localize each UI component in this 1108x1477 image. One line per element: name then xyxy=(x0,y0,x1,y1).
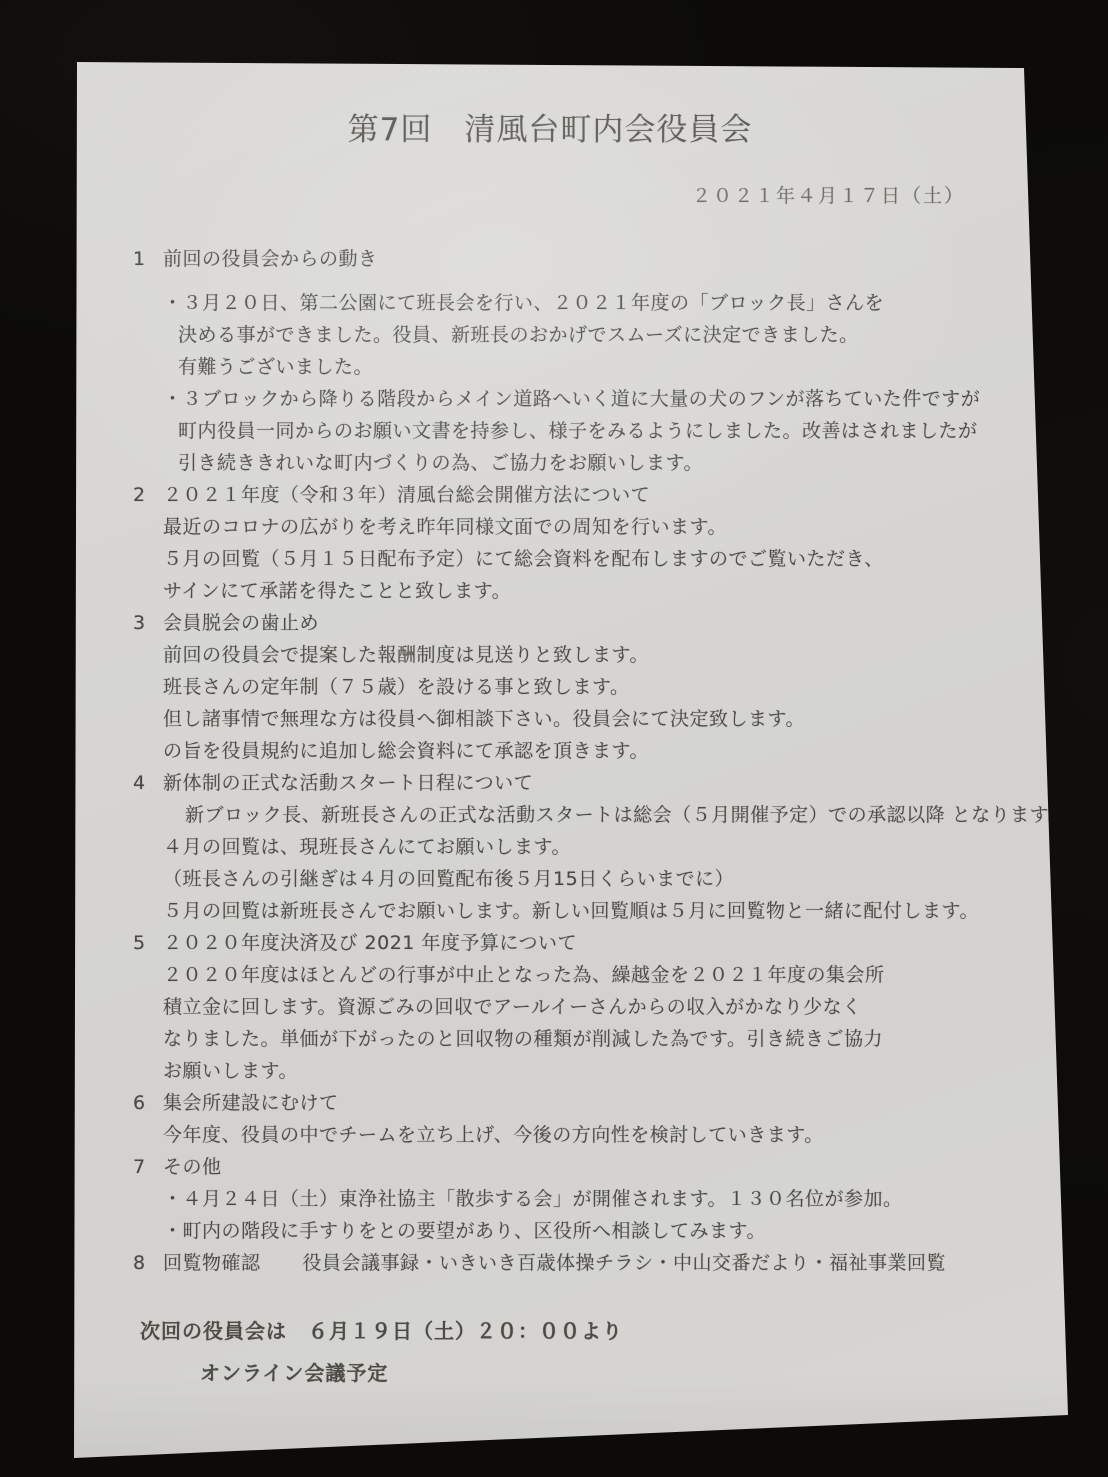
agenda-line: 班長さんの定年制（７５歳）を設ける事と致します。 xyxy=(77,671,1023,703)
agenda-line: ４月の回覧は、現班長さんにてお願いします。 xyxy=(77,831,1023,863)
agenda-line: 但し諸事情で無理な方は役員へ御相談下さい。役員会にて決定致します。 xyxy=(77,703,1023,735)
agenda-line: ・４月２４日（土）東浄社協主「散歩する会」が開催されます。１３０名位が参加。 xyxy=(77,1183,1023,1215)
section-number: 5 xyxy=(133,927,163,959)
agenda-line: 新ブロック長、新班長さんの正式な活動スタートは総会（５月開催予定）での承認以降 … xyxy=(77,799,1023,831)
next-meeting-line: 次回の役員会は ６月１９日（土）２０：００より xyxy=(77,1315,1023,1347)
section-number: 6 xyxy=(133,1087,163,1119)
photo-background: 第7回 清風台町内会役員会 ２０２１年４月１７日（土） 1前回の役員会からの動き… xyxy=(0,0,1108,1477)
section-6-heading: 6集会所建設にむけて xyxy=(77,1087,1023,1119)
agenda-line: なりました。単価が下がったのと回収物の種類が削減した為です。引き続きご協力 xyxy=(77,1023,1023,1055)
section-number: 2 xyxy=(133,479,163,511)
section-8-heading: 8回覧物確認役員会議事録・いきいき百歳体操チラシ・中山交番だより・福祉事業回覧 xyxy=(77,1247,1023,1279)
section-title: ２０２１年度（令和３年）清風台総会開催方法について xyxy=(163,484,650,506)
section-5-heading: 5２０２０年度決済及び 2021 年度予算について xyxy=(77,927,1023,959)
agenda-line: 積立金に回します。資源ごみの回収でアールイーさんからの収入がかなり少なく xyxy=(77,991,1023,1023)
meeting-format-line: オンライン会議予定 xyxy=(77,1357,1023,1389)
agenda-line: 最近のコロナの広がりを考え昨年同様文面での周知を行います。 xyxy=(77,511,1023,543)
paper: 第7回 清風台町内会役員会 ２０２１年４月１７日（土） 1前回の役員会からの動き… xyxy=(0,0,1108,1477)
agenda-line: ・町内の階段に手すりをとの要望があり、区役所へ相談してみます。 xyxy=(77,1215,1023,1247)
section-number: 4 xyxy=(133,767,163,799)
meeting-date: ２０２１年４月１７日（土） xyxy=(77,185,1023,207)
section-title: その他 xyxy=(163,1156,222,1178)
section-title: ２０２０年度決済及び 2021 年度予算について xyxy=(163,932,577,954)
section-title: 集会所建設にむけて xyxy=(163,1092,339,1114)
agenda-line: 引き続ききれいな町内づくりの為、ご協力をお願いします。 xyxy=(77,447,1023,479)
agenda-line: 決める事ができました。役員、新班長のおかげでスムーズに決定できました。 xyxy=(77,319,1023,351)
agenda-line: 町内役員一同からのお願い文書を持参し、様子をみるようにしました。改善はされました… xyxy=(77,415,1023,447)
section-title: 回覧物確認 xyxy=(163,1252,261,1274)
agenda-line: ・３ブロックから降りる階段からメイン道路へいく道に大量の犬のフンが落ちていた件で… xyxy=(77,383,1023,415)
agenda-line: ・３月２０日、第二公園にて班長会を行い、２０２１年度の「ブロック長」さんを xyxy=(77,287,1023,319)
agenda-line: 有難うございました。 xyxy=(77,351,1023,383)
section-4-heading: 4新体制の正式な活動スタート日程について xyxy=(77,767,1023,799)
section-title: 新体制の正式な活動スタート日程について xyxy=(163,772,533,794)
section-2-heading: 2２０２１年度（令和３年）清風台総会開催方法について xyxy=(77,479,1023,511)
agenda-line: サインにて承諾を得たことと致します。 xyxy=(77,575,1023,607)
agenda-line: の旨を役員規約に追加し総会資料にて承認を頂きます。 xyxy=(77,735,1023,767)
meeting-title: 第7回 清風台町内会役員会 xyxy=(77,62,1023,148)
section-number: 3 xyxy=(133,607,163,639)
agenda-line: ５月の回覧は新班長さんでお願いします。新しい回覧順は５月に回覧物と一緒に配付しま… xyxy=(77,895,1023,927)
agenda-line: 前回の役員会で提案した報酬制度は見送りと致します。 xyxy=(77,639,1023,671)
agenda-line: （班長さんの引継ぎは４月の回覧配布後５月15日くらいまでに） xyxy=(77,863,1023,895)
section-1-heading: 1前回の役員会からの動き xyxy=(77,243,1023,275)
circulation-items: 役員会議事録・いきいき百歳体操チラシ・中山交番だより・福祉事業回覧 xyxy=(303,1252,947,1274)
section-3-heading: 3会員脱会の歯止め xyxy=(77,607,1023,639)
section-number: 8 xyxy=(133,1247,163,1279)
agenda-line: ２０２０年度はほとんどの行事が中止となった為、繰越金を２０２１年度の集会所 xyxy=(77,959,1023,991)
document-content: 第7回 清風台町内会役員会 ２０２１年４月１７日（土） 1前回の役員会からの動き… xyxy=(77,62,1023,1389)
section-number: 7 xyxy=(133,1151,163,1183)
agenda-line: 今年度、役員の中でチームを立ち上げ、今後の方向性を検討していきます。 xyxy=(77,1119,1023,1151)
section-7-heading: 7その他 xyxy=(77,1151,1023,1183)
footer: 次回の役員会は ６月１９日（土）２０：００より オンライン会議予定 xyxy=(77,1315,1023,1389)
agenda: 1前回の役員会からの動き ・３月２０日、第二公園にて班長会を行い、２０２１年度の… xyxy=(77,243,1023,1279)
section-number: 1 xyxy=(133,243,163,275)
section-title: 会員脱会の歯止め xyxy=(163,612,319,634)
section-title: 前回の役員会からの動き xyxy=(163,248,378,270)
agenda-line: お願いします。 xyxy=(77,1055,1023,1087)
agenda-line: ５月の回覧（５月１５日配布予定）にて総会資料を配布しますのでご覧いただき、 xyxy=(77,543,1023,575)
